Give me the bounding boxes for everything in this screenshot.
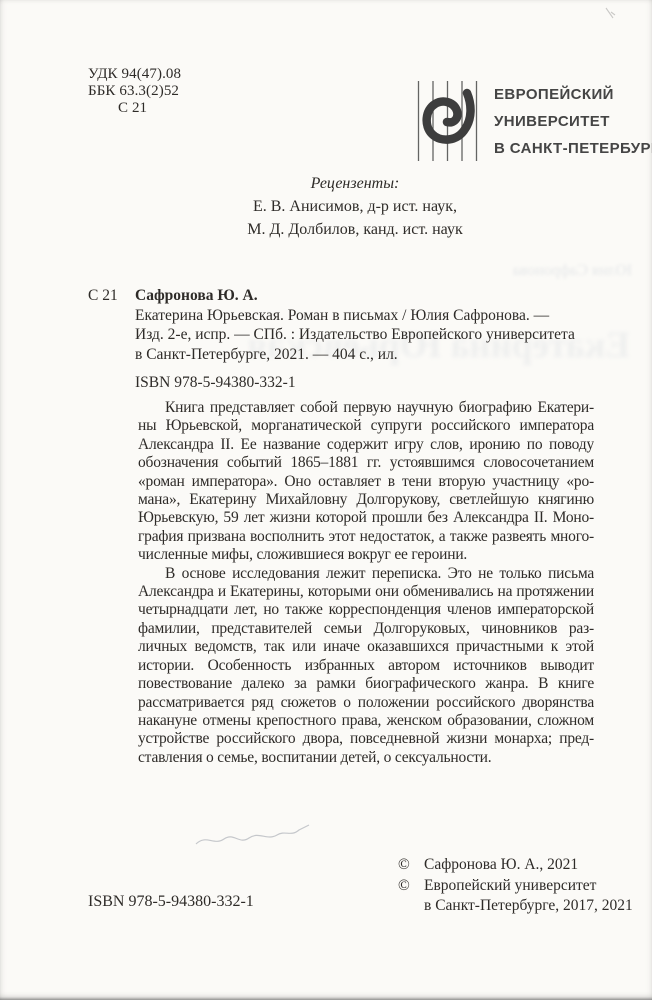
text-line: в Санкт-Петербурге, 2021. — 404 с., ил. [135,345,575,365]
text-line: В основе исследования лежит переписка. Э… [138,565,594,583]
text-line: личных ведомств, так или иначе оказавших… [138,638,594,656]
text-line: ставления о семье, воспитании детей, о с… [138,749,594,767]
publisher-logo: ЕВРОПЕЙСКИЙУНИВЕРСИТЕТВ САНКТ-ПЕТЕРБУРГЕ [415,78,652,164]
text-line: Изд. 2-е, испр. — СПб. : Издательство Ев… [135,325,575,345]
text-line: повествование далеко за рамки биографиче… [138,675,594,693]
copyright-block: © Сафронова Ю. А., 2021 © Европейский ун… [398,855,633,917]
text-line: обозначения событий 1865–1881 гг. устояв… [138,454,594,472]
publisher-logo-text: ЕВРОПЕЙСКИЙУНИВЕРСИТЕТВ САНКТ-ПЕТЕРБУРГЕ [494,81,652,162]
text-line: УНИВЕРСИТЕТ [494,108,652,135]
text-line: рассматривается ряд сюжетов о положении … [138,694,594,712]
eusp-spiral-icon [415,78,482,164]
footer-isbn: ISBN 978-5-94380-332-1 [88,893,254,911]
bbk-code: ББК 63.3(2)52 [88,83,181,100]
copyright-icon: © [398,855,424,876]
text-line: «роман императора». Оно оставляет в тени… [138,473,594,491]
text-line: Александра II. Ее название содержит игру… [138,436,594,454]
author-sign-code: С 21 [118,100,181,117]
text-line: Екатерина Юрьевская. Роман в письмах / Ю… [135,306,575,326]
text-line: Книга представляет собой первую научную … [138,399,594,417]
text-line: ны Юрьевской, морганатической супруги ро… [138,417,594,435]
text-line: Александра и Екатерины, которыми они обм… [138,583,594,601]
annotation-paragraph-1: Книга представляет собой первую научную … [138,399,594,565]
copyright-author-text: Сафронова Ю. А., 2021 [424,855,578,876]
pencil-scribble [190,818,330,858]
reviewers-block: Рецензенты: Е. В. Анисимов, д-р ист. нау… [128,172,582,241]
catalog-entry: С 21 Сафронова Ю. А. Екатерина Юрьевская… [88,286,575,393]
text-line: Юрьевскую, 59 лет жизни которой прошли б… [138,509,594,527]
reviewers-names: Е. В. Анисимов, д-р ист. наук,М. Д. Долб… [128,195,582,241]
copyright-author: © Сафронова Ю. А., 2021 [398,855,633,876]
annotation: Книга представляет собой первую научную … [138,399,594,767]
catalog-isbn: ISBN 978-5-94380-332-1 [135,373,575,393]
text-line: ЕВРОПЕЙСКИЙ [494,81,652,108]
text-line: графия призвана восполнить этот недостат… [138,528,594,546]
catalog-description: Екатерина Юрьевская. Роман в письмах / Ю… [135,306,575,365]
catalog-code: С 21 [88,286,135,306]
text-line: Е. В. Анисимов, д-р ист. наук, [128,195,582,218]
text-line: численные мифы, сложившиеся вокруг ее ге… [138,546,594,564]
text-line: М. Д. Долбилов, канд. ист. наук [128,218,582,241]
text-line: устройстве российского двора, повседневн… [138,730,594,748]
catalog-author: Сафронова Ю. А. [135,286,258,306]
pencil-tick [604,6,618,22]
copyright-publisher-line1: Европейский университет [424,876,596,897]
text-line: истории. Особенность избранных автором и… [138,657,594,675]
bleed-through-author: Юлия Сафронова [462,262,632,280]
udk-code: УДК 94(47).08 [88,66,181,83]
text-line: В САНКТ-ПЕТЕРБУРГЕ [494,135,652,162]
text-line: мана», Екатерину Михайловну Долгорукову,… [138,491,594,509]
copyright-publisher: © Европейский университет [398,876,633,897]
copyright-publisher-line2: в Санкт-Петербурге, 2017, 2021 [424,896,633,917]
text-line: четырнадцати лет, но также корреспонденц… [138,601,594,619]
annotation-paragraph-2: В основе исследования лежит переписка. Э… [138,565,594,767]
reviewers-heading: Рецензенты: [128,172,582,195]
text-line: фамилии, представителей семьи Долгоруков… [138,620,594,638]
copyright-icon: © [398,876,424,897]
book-imprint-page: Юлия Сафронова Екатерина Юрьевская УДК 9… [0,0,652,1000]
classification-codes: УДК 94(47).08 ББК 63.3(2)52 С 21 [88,66,181,117]
text-line: накануне отмены крепостного права, женск… [138,712,594,730]
